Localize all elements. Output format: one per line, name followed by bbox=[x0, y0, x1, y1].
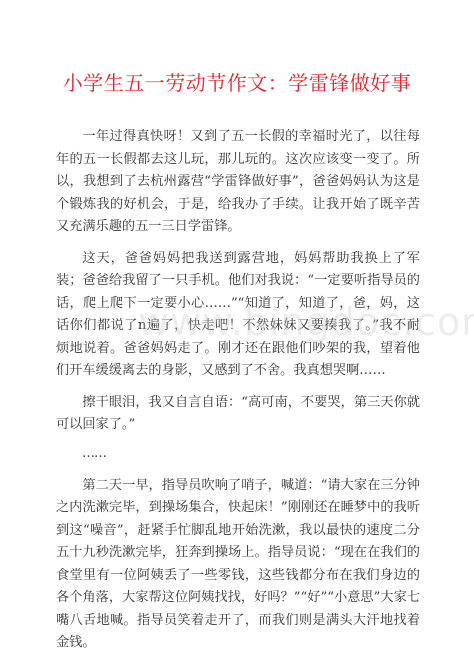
paragraph-2: 这天，爸爸妈妈把我送到露营地，妈妈帮助我换上了军装；爸爸给我留了一只手机。他们对… bbox=[56, 248, 420, 383]
document-body: 一年过得真快呀！又到了五一长假的幸福时光了，以往每年的五一长假都去这儿玩，那儿玩… bbox=[56, 126, 420, 664]
paragraph-3: 擦干眼泪，我又自言自语：“高可南，不要哭，第三天你就可以回家了。” bbox=[56, 392, 420, 437]
document-title: 小学生五一劳动节作文：学雷锋做好事 bbox=[0, 69, 474, 97]
paragraph-1: 一年过得真快呀！又到了五一长假的幸福时光了，以往每年的五一长假都去这儿玩，那儿玩… bbox=[56, 126, 420, 239]
ellipsis-separator: …… bbox=[56, 443, 420, 465]
document-page: 小学生五一劳动节作文：学雷锋做好事 一年过得真快呀！又到了五一长假的幸福时光了，… bbox=[0, 0, 474, 670]
paragraph-4: 第二天一早，指导员吹响了哨子，喊道：“请大家在三分钟之内洗漱完毕，到操场集合，快… bbox=[56, 475, 420, 655]
